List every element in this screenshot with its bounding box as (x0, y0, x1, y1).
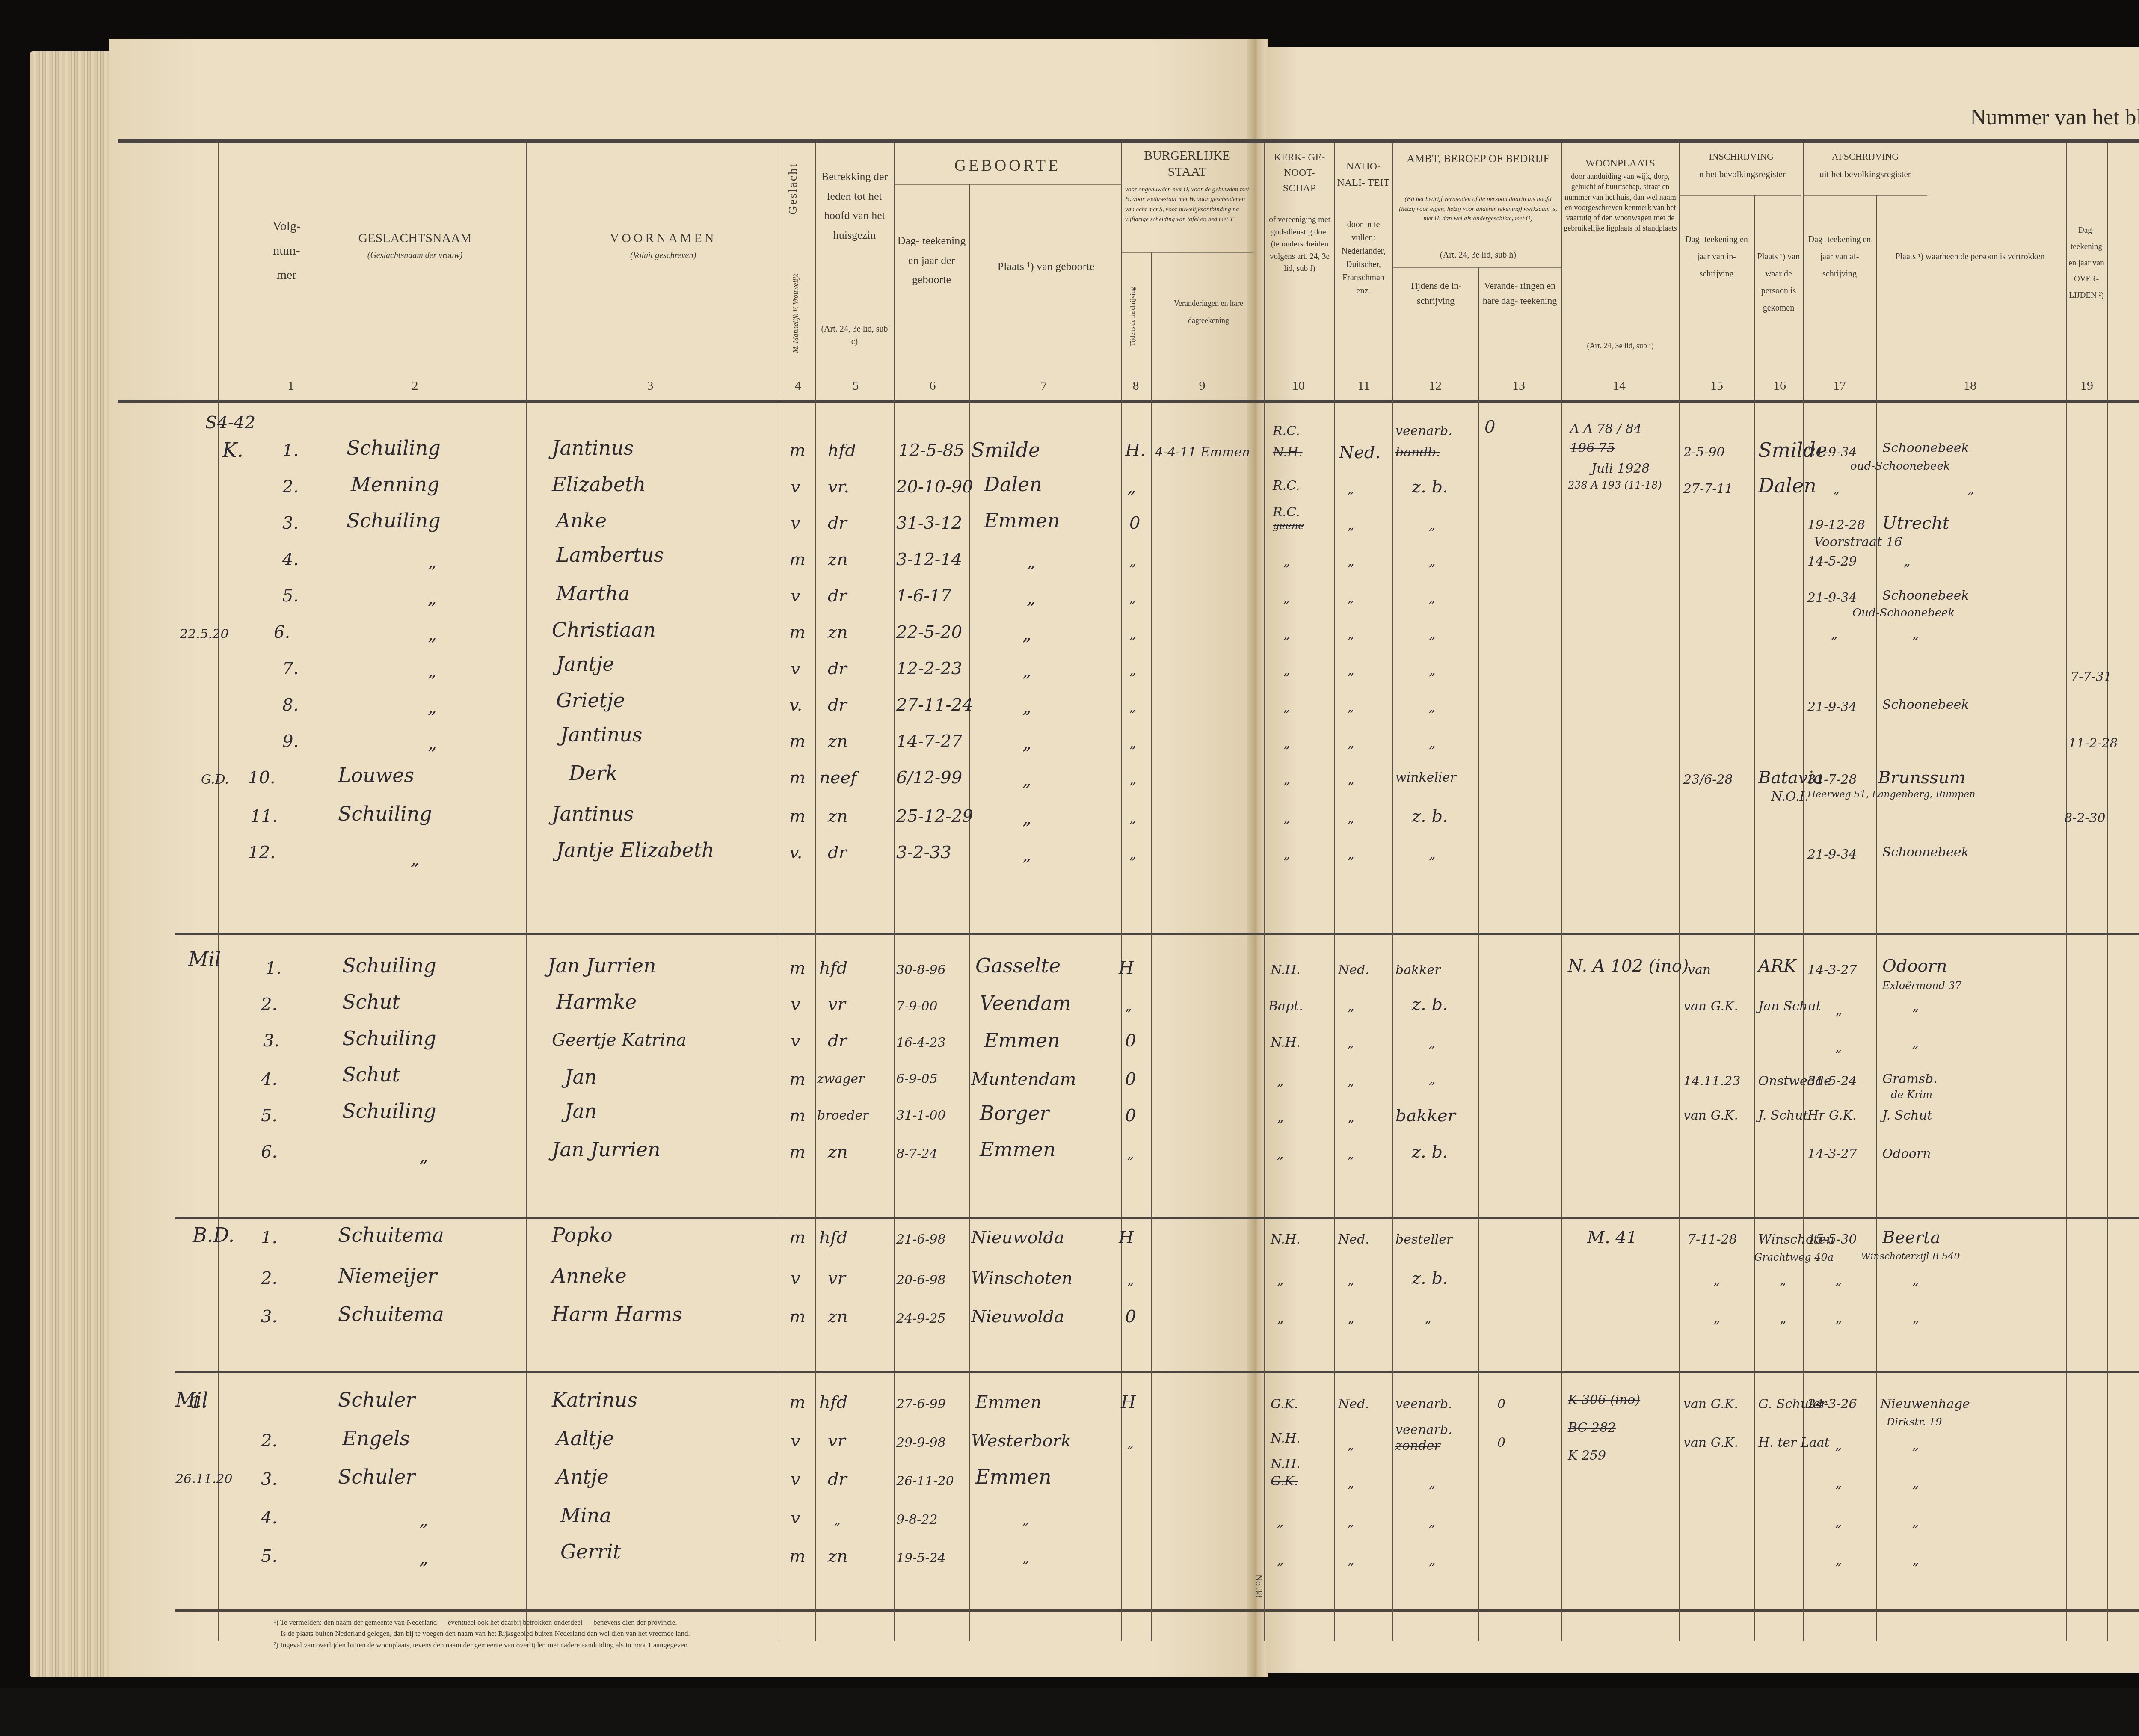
church: „ (1283, 590, 1290, 605)
header-afschrijving: AFSCHRIJVING (1805, 150, 1925, 163)
civil-status: „ (1125, 999, 1132, 1014)
col-line (1679, 143, 1680, 1641)
nationality: „ (1348, 1476, 1354, 1491)
destination: Gramsb. (1882, 1072, 1938, 1087)
col-line (526, 143, 527, 1641)
registration-place: J. Schut (1758, 1108, 1808, 1123)
birth-date: 6/12-99 (896, 768, 962, 788)
nationality: „ (1348, 772, 1354, 787)
residence: N. A 102 (ino) (1568, 956, 1689, 976)
registration-place: Jan Schut (1758, 999, 1821, 1014)
occupation: z. b. (1412, 995, 1448, 1014)
sex: v. (789, 843, 803, 862)
row-number: 1. (282, 441, 299, 460)
col-number: 2 (406, 376, 424, 395)
household-divider (175, 933, 2139, 935)
birth-place: „ (1022, 661, 1031, 681)
sex: v (791, 1431, 800, 1451)
col-number: 4 (789, 376, 806, 395)
col-line (969, 184, 970, 1641)
deregistration-date: „ (1833, 481, 1840, 496)
relation: zwager (817, 1072, 865, 1087)
civil-status: 0 (1125, 1031, 1136, 1051)
given-names: Grietje (556, 689, 625, 712)
surname: Menning (351, 473, 439, 496)
birth-date: 22-5-20 (896, 622, 962, 642)
occupation-struck: zonder (1395, 1438, 1440, 1453)
household-divider (175, 1217, 2139, 1219)
col-number: 10 (1290, 376, 1307, 395)
header-geslachtsnaam: GESLACHTSNAAM (351, 229, 479, 248)
surname: Schut (342, 1063, 400, 1086)
header-geslachtsnaam-sub: (Geslachtsnaam der vrouw) (351, 249, 479, 262)
birth-date: 31-3-12 (896, 513, 962, 533)
surname: Schuiling (347, 509, 441, 532)
birth-place: „ (1022, 1512, 1029, 1527)
deregistration-date: 14-3-27 (1807, 963, 1857, 978)
sex: m (789, 806, 806, 826)
birth-place: Dalen (984, 473, 1042, 496)
row-number: 1. (190, 1392, 207, 1412)
given-names: Martha (556, 582, 630, 605)
registration-place: „ (1780, 1311, 1786, 1326)
footnotes: ¹) Te vermelden: den naam der gemeente v… (274, 1617, 690, 1651)
header-betrekking-sub: (Art. 24, 3e lid, sub c) (819, 323, 890, 348)
row-number: 3. (261, 1307, 277, 1327)
col-number: 15 (1708, 376, 1725, 395)
row-number: 9. (282, 732, 299, 751)
nationality: „ (1348, 1035, 1354, 1050)
destination-detail: oud-Schoonebeek (1850, 460, 1950, 473)
occupation: z. b. (1412, 806, 1448, 826)
church: „ (1277, 1110, 1284, 1125)
col-number: 9 (1194, 376, 1211, 395)
nationality: „ (1348, 627, 1354, 642)
residence-struck: 196 75 (1570, 441, 1615, 456)
row-number: 4. (282, 550, 299, 569)
nationality: Ned. (1339, 443, 1381, 462)
relation: zn (828, 1546, 848, 1566)
sex: m (789, 1142, 806, 1162)
destination-detail: Winschoterzijl B 540 (1861, 1251, 1960, 1262)
registration-date: „ (1713, 1273, 1720, 1288)
deregistration-date: 19-12-28 (1807, 518, 1865, 533)
nationality: „ (1348, 663, 1354, 678)
birth-date: 20-6-98 (896, 1273, 946, 1288)
surname: Louwes (338, 764, 414, 787)
surname: „ (419, 1549, 428, 1568)
given-names: Gerrit (560, 1540, 621, 1563)
civil-status: „ (1129, 627, 1136, 642)
church: „ (1283, 663, 1290, 678)
birth-date: 9-8-22 (896, 1512, 938, 1527)
relation: zn (828, 622, 848, 642)
civil-status: H. (1125, 441, 1146, 460)
relation: hfd (819, 958, 847, 978)
birth-place: Nieuwolda (971, 1228, 1064, 1247)
row-number: 1. (261, 1228, 277, 1247)
church: R.C. (1273, 424, 1300, 438)
destination-detail: Oud-Schoonebeek (1852, 607, 1955, 619)
col-line (894, 143, 895, 1641)
surname: Schuiling (342, 954, 436, 977)
header-kerkgenootschap: KERK- GE- NOOT- SCHAP (1266, 150, 1333, 196)
relation: vr (828, 1431, 846, 1451)
footnote: Is de plaats buiten Nederland gelegen, d… (274, 1628, 690, 1639)
birth-place: Veendam (980, 992, 1071, 1015)
given-names: Katrinus (552, 1388, 637, 1411)
church: „ (1283, 811, 1290, 826)
birth-place: „ (1022, 1551, 1029, 1566)
civil-status: 0 (1125, 1069, 1136, 1089)
residence: Juli 1928 (1591, 461, 1650, 476)
birth-date: 12-5-85 (898, 441, 964, 460)
nationality: „ (1348, 736, 1354, 751)
birth-date: 29-9-98 (896, 1435, 946, 1450)
header-betrekking: Betrekking der leden tot het hoofd van h… (817, 167, 892, 245)
col-line (2066, 143, 2067, 1641)
given-names: Anke (556, 509, 607, 532)
surname: Schuler (338, 1465, 415, 1488)
relation: vr (828, 1268, 846, 1288)
inschrijving-divider (1679, 195, 1801, 196)
col-line (1876, 195, 1877, 1641)
col-number: 17 (1831, 376, 1848, 395)
col-line (1392, 143, 1393, 1641)
header-inschrijving: INSCHRIJVING (1681, 150, 1801, 163)
destination-detail: Heerweg 51, Langenberg, Rumpen (1807, 789, 1975, 800)
civil-status: „ (1129, 811, 1136, 826)
occupation: „ (1429, 699, 1436, 714)
nationality: „ (1348, 1074, 1354, 1089)
surname: Niemeijer (338, 1264, 437, 1287)
header-veranderingen-beroep: Verande- ringen en hare dag- teekening (1480, 278, 1559, 308)
sex: m (789, 1069, 806, 1089)
sex: v (791, 513, 800, 533)
given-names: Jantje Elizabeth (556, 838, 714, 862)
afschrijving-divider (1803, 195, 1927, 196)
birth-place: Smilde (971, 438, 1040, 462)
birth-place: Gasselte (975, 954, 1061, 977)
household-divider (175, 1371, 2139, 1373)
occupation: bakker (1395, 963, 1441, 978)
header-inschrijving-sub: in het bevolkingsregister (1681, 168, 1801, 181)
header-voornamen: VOORNAMEN (569, 229, 757, 248)
col-line (1561, 143, 1562, 1641)
birth-date: 16-4-23 (896, 1035, 946, 1050)
sex: m (789, 441, 806, 460)
col-number: 16 (1771, 376, 1788, 395)
registration-place-detail: Grachtweg 40a (1754, 1251, 1834, 1263)
civil-status: „ (1127, 477, 1136, 497)
col-number: 12 (1427, 376, 1444, 395)
dark-background (0, 1688, 2139, 1736)
occupation-change: 0 (1497, 1435, 1505, 1450)
given-names: Jan Jurrien (548, 954, 656, 977)
deregistration-date: 21-9-34 (1807, 590, 1857, 605)
sex: v (791, 1268, 800, 1288)
book-gutter (1247, 39, 1266, 1677)
church: N.H. (1271, 963, 1301, 978)
relation: dr (828, 586, 847, 606)
deregistration-date: „ (1835, 1003, 1842, 1018)
sex: m (789, 1392, 806, 1412)
destination: Utrecht (1882, 513, 1949, 533)
household-mark: S4-42 (205, 413, 255, 433)
given-names: Derk (569, 761, 618, 785)
col-number: 7 (1035, 376, 1052, 395)
birth-date: 7-9-00 (896, 999, 938, 1014)
birth-date: 19-5-24 (896, 1551, 946, 1566)
birth-place: „ (1027, 588, 1036, 608)
header-geslacht-sub: M. Mannelijk V. Vrouwelijk (791, 255, 800, 353)
birth-place: Nieuwolda (971, 1307, 1064, 1327)
residence: A A 78 / 84 (1570, 421, 1642, 436)
death-date: 11-2-28 (2068, 736, 2118, 751)
civil-status: „ (1129, 772, 1136, 787)
given-names: Mina (560, 1504, 611, 1527)
nationality: „ (1348, 1273, 1354, 1288)
sex: v (791, 1469, 800, 1489)
header-nationaliteit-sub: door in te vullen: Nederlander, Duitsche… (1336, 218, 1391, 298)
given-names: Jan (565, 1099, 597, 1123)
destination: „ (1912, 627, 1919, 642)
occupation-change: 0 (1484, 417, 1495, 437)
given-names: Jan (565, 1065, 597, 1088)
sex: m (789, 550, 806, 569)
birth-date: 21-6-98 (896, 1232, 946, 1247)
occupation: „ (1429, 1035, 1436, 1050)
header-kerkgenootschap-sub: of vereeniging met godsdienstig doel (te… (1267, 214, 1332, 275)
destination: „ (1912, 999, 1919, 1014)
birth-place: „ (1022, 770, 1031, 790)
row-number: 3. (261, 1469, 277, 1489)
civil-status: „ (1127, 1435, 1134, 1450)
header-tijdens-inschrijving-beroep: Tijdens de in- schrijving (1395, 278, 1476, 308)
occupation: besteller (1395, 1232, 1452, 1247)
household-mark: Mil (188, 948, 221, 971)
row-number: 6. (274, 622, 290, 642)
surname: „ (428, 661, 437, 681)
civil-status: 0 (1125, 1307, 1136, 1327)
given-names: Lambertus (556, 543, 664, 566)
surname: „ (411, 849, 420, 869)
church: Bapt. (1268, 999, 1303, 1014)
header-geboorte: GEBOORTE (896, 154, 1119, 178)
civil-status: „ (1127, 1273, 1134, 1288)
occupation: „ (1429, 847, 1436, 862)
deregistration-date: 21-9-34 (1807, 847, 1857, 862)
household-mark: K. (222, 438, 243, 462)
relation: dr (828, 695, 847, 715)
col-number: 3 (642, 376, 659, 395)
ambt-divider (1392, 267, 1561, 268)
church: „ (1283, 627, 1290, 642)
sex: v (791, 1031, 800, 1051)
registration-place: Dalen (1758, 474, 1816, 497)
birth-date: 3-2-33 (896, 843, 951, 862)
surname: Schut (342, 990, 400, 1013)
church: „ (1283, 847, 1290, 862)
relation: vr (828, 995, 846, 1014)
birth-date: 12-2-23 (896, 659, 962, 678)
birth-place: Muntendam (971, 1069, 1076, 1089)
col-number: 6 (924, 376, 941, 395)
header-woonplaats-art: (Art. 24, 3e lid, sub i) (1566, 340, 1675, 351)
death-date: 7-7-31 (2071, 670, 2112, 684)
sex: m (789, 732, 806, 751)
church-struck: G.K. (1271, 1474, 1298, 1489)
surname: „ (419, 1510, 428, 1530)
header-ambt-art: (Art. 24, 3e lid, sub h) (1399, 249, 1557, 261)
church: N.H. (1271, 1431, 1301, 1446)
destination: Brunssum (1878, 768, 1966, 788)
row-number: 5. (261, 1546, 277, 1566)
given-names: Jan Jurrien (552, 1138, 661, 1161)
row-number: 4. (261, 1069, 277, 1089)
residence-struck: BC 282 (1568, 1420, 1616, 1435)
church-struck: N.H. (1273, 445, 1303, 460)
surname: Schuiling (342, 1027, 436, 1050)
row-number: 3. (282, 513, 299, 533)
row-number: 2. (261, 1268, 277, 1288)
table-bottom-rule (175, 1609, 2139, 1612)
sex: m (789, 1546, 806, 1566)
destination: Odoorn (1882, 1146, 1931, 1161)
deregistration-date: 31-5-24 (1807, 1074, 1857, 1089)
birth-date: 25-12-29 (896, 806, 973, 826)
relation: dr (828, 843, 847, 862)
deregistration-date: Hr G.K. (1807, 1108, 1856, 1123)
occupation: „ (1429, 1514, 1436, 1529)
occupation: z. b. (1412, 1142, 1448, 1162)
given-names: Elizabeth (552, 473, 646, 496)
relation: dr (828, 1031, 847, 1051)
surname: Schuler (338, 1388, 415, 1411)
relation: zn (828, 806, 848, 826)
church: N.H. (1271, 1457, 1301, 1472)
relation: zn (828, 732, 848, 751)
church: „ (1283, 772, 1290, 787)
sex: v (791, 586, 800, 606)
row-number: 2. (261, 995, 277, 1014)
church: „ (1277, 1311, 1284, 1326)
destination: Schoonebeek (1882, 441, 1969, 456)
birth-place: Emmen (984, 1029, 1060, 1052)
registration-place: „ (1780, 1273, 1786, 1288)
destination-detail: Dirkstr. 19 (1887, 1416, 1942, 1428)
church: „ (1283, 699, 1290, 714)
surname: „ (428, 734, 437, 753)
church: „ (1283, 554, 1290, 569)
given-names: Aaltje (556, 1427, 614, 1450)
civil-status: „ (1129, 699, 1136, 714)
civil-status: „ (1129, 554, 1136, 569)
occupation-struck: bandb. (1395, 445, 1440, 460)
relation: dr (828, 659, 847, 678)
registration-date: van G.K. (1683, 1397, 1738, 1412)
col-line (218, 143, 219, 1641)
col-line (1334, 143, 1335, 1641)
header-woonplaats-sub: door aanduiding van wijk, dorp, gehucht … (1564, 171, 1677, 234)
nationality: „ (1348, 1553, 1354, 1568)
surname: „ (428, 588, 437, 608)
deregistration-date: 31-7-28 (1807, 772, 1857, 787)
col-number: 5 (847, 376, 864, 395)
birth-date: 1-6-17 (896, 586, 951, 606)
header-volgnummer: Volg- num- mer (270, 214, 304, 287)
header-afschrijving-sub: uit het bevolkingsregister (1805, 168, 1925, 181)
header-dagteekening-geboorte: Dag- teekening en jaar der geboorte (896, 231, 967, 290)
given-names: Antje (556, 1465, 609, 1488)
nationality: „ (1348, 481, 1354, 496)
destination: „ (1912, 1311, 1919, 1326)
header-dagteekening-inschrijving: Dag- teekening en jaar van in- schrijvin… (1681, 231, 1752, 282)
civil-status: H (1119, 1228, 1134, 1247)
birth-place: „ (1022, 697, 1031, 717)
row-number: 6. (261, 1142, 277, 1162)
birth-date: 27-6-99 (896, 1397, 946, 1412)
sex: m (789, 622, 806, 642)
header-veranderingen-burgerlijk: Veranderingen en hare dagteekening (1155, 295, 1262, 329)
header-plaats-geboorte: Plaats ¹) van geboorte (980, 257, 1112, 277)
destination: „ (1968, 481, 1975, 496)
birth-place: „ (1022, 625, 1031, 644)
church: „ (1277, 1514, 1284, 1529)
header-plaats-vertrek: Plaats ¹) waarheen de persoon is vertrok… (1878, 248, 2062, 265)
row-number: 11. (250, 806, 278, 826)
church: N.H. (1271, 1232, 1301, 1247)
geboorte-divider (894, 184, 1121, 185)
col-line (2107, 143, 2108, 1641)
destination: Schoonebeek (1882, 588, 1969, 603)
birth-place: Emmen (984, 509, 1060, 532)
nationality: „ (1348, 1437, 1354, 1452)
burgerlijke-divider (1121, 252, 1253, 253)
surname: Schuitema (338, 1223, 444, 1247)
sex: m (789, 1228, 806, 1247)
deregistration-date: „ (1835, 1437, 1842, 1452)
sex: m (789, 958, 806, 978)
nationality: Ned. (1338, 963, 1369, 978)
birth-date: 3-12-14 (896, 550, 962, 569)
birth-place: Borger (980, 1102, 1049, 1125)
civil-status: H (1119, 958, 1134, 978)
deregistration-date: 24-3-26 (1807, 1397, 1857, 1412)
given-names: Popko (552, 1223, 613, 1247)
occupation: veenarb. (1395, 424, 1452, 438)
header-ambt-sub: (Bij het bedrijf vermelden of de persoon… (1399, 195, 1557, 224)
registration-date: van G.K. (1683, 1435, 1738, 1450)
nationality: Ned. (1338, 1232, 1369, 1247)
birth-place: Emmen (980, 1138, 1056, 1161)
surname: Schuitema (338, 1303, 444, 1326)
deregistration-date: „ (1831, 627, 1838, 642)
household-mark: B.D. (193, 1223, 234, 1247)
destination: „ (1912, 1514, 1919, 1529)
col-number: 18 (1961, 376, 1979, 395)
registration-date: „ (1713, 1311, 1720, 1326)
sex: v (791, 477, 800, 497)
death-date: 8-2-30 (2064, 811, 2106, 826)
deregistration-date: 21-9-34 (1807, 445, 1857, 460)
given-names: Jantinus (552, 436, 634, 459)
birth-place: „ (1027, 552, 1036, 572)
destination: „ (1904, 554, 1911, 569)
relation: hfd (828, 441, 856, 460)
destination: Schoonebeek (1882, 845, 1969, 860)
registration-date: van (1688, 963, 1711, 978)
